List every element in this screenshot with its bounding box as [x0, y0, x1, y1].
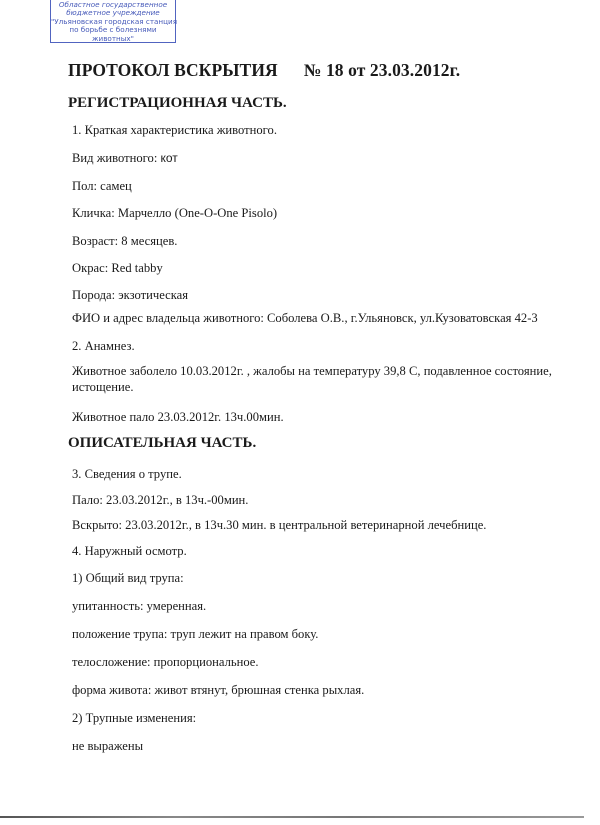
species-label: Вид животного: [72, 151, 160, 165]
section-1-title: 1. Краткая характеристика животного. [72, 122, 277, 138]
died-field: Пало: 23.03.2012г., в 13ч.-00мин. [72, 492, 248, 508]
position-field: положение трупа: труп лежит на правом бо… [72, 626, 318, 642]
general-view-title: 1) Общий вид трупа: [72, 570, 184, 586]
scan-edge-line [0, 816, 584, 818]
nutrition-field: упитанность: умеренная. [72, 598, 206, 614]
cadaver-changes-value: не выражены [72, 738, 143, 754]
sex-field: Пол: самец [72, 178, 132, 194]
cadaver-changes-title: 2) Трупные изменения: [72, 710, 196, 726]
species-field: Вид животного: кот [72, 150, 178, 166]
build-field: телосложение: пропорциональное. [72, 654, 259, 670]
abdomen-field: форма живота: живот втянут, брюшная стен… [72, 682, 364, 698]
title-text: ПРОТОКОЛ ВСКРЫТИЯ [68, 60, 278, 80]
organization-stamp: Областное государственное бюджетное учре… [50, 0, 176, 43]
section-2-title: 2. Анамнез. [72, 338, 135, 354]
descriptive-heading: ОПИСАТЕЛЬНАЯ ЧАСТЬ. [68, 435, 256, 452]
stamp-line: животных" [51, 35, 175, 43]
owner-field: ФИО и адрес владельца животного: Соболев… [72, 310, 538, 326]
species-value: кот [160, 151, 177, 165]
autopsy-field: Вскрыто: 23.03.2012г., в 13ч.30 мин. в ц… [72, 517, 486, 533]
color-field: Окрас: Red tabby [72, 260, 163, 276]
breed-field: Порода: экзотическая [72, 287, 188, 303]
section-3-title: 3. Сведения о трупе. [72, 466, 182, 482]
anamnesis-text: Животное заболело 10.03.2012г. , жалобы … [72, 363, 552, 395]
document-title: ПРОТОКОЛ ВСКРЫТИЯ№ 18 от 23.03.2012г. [68, 60, 460, 81]
death-text: Животное пало 23.03.2012г. 13ч.00мин. [72, 409, 284, 425]
registration-heading: РЕГИСТРАЦИОННАЯ ЧАСТЬ. [68, 95, 287, 112]
nickname-field: Кличка: Марчелло (One-O-One Pisolo) [72, 205, 277, 221]
age-field: Возраст: 8 месяцев. [72, 233, 177, 249]
protocol-number: № 18 от 23.03.2012г. [304, 60, 460, 80]
section-4-title: 4. Наружный осмотр. [72, 543, 187, 559]
